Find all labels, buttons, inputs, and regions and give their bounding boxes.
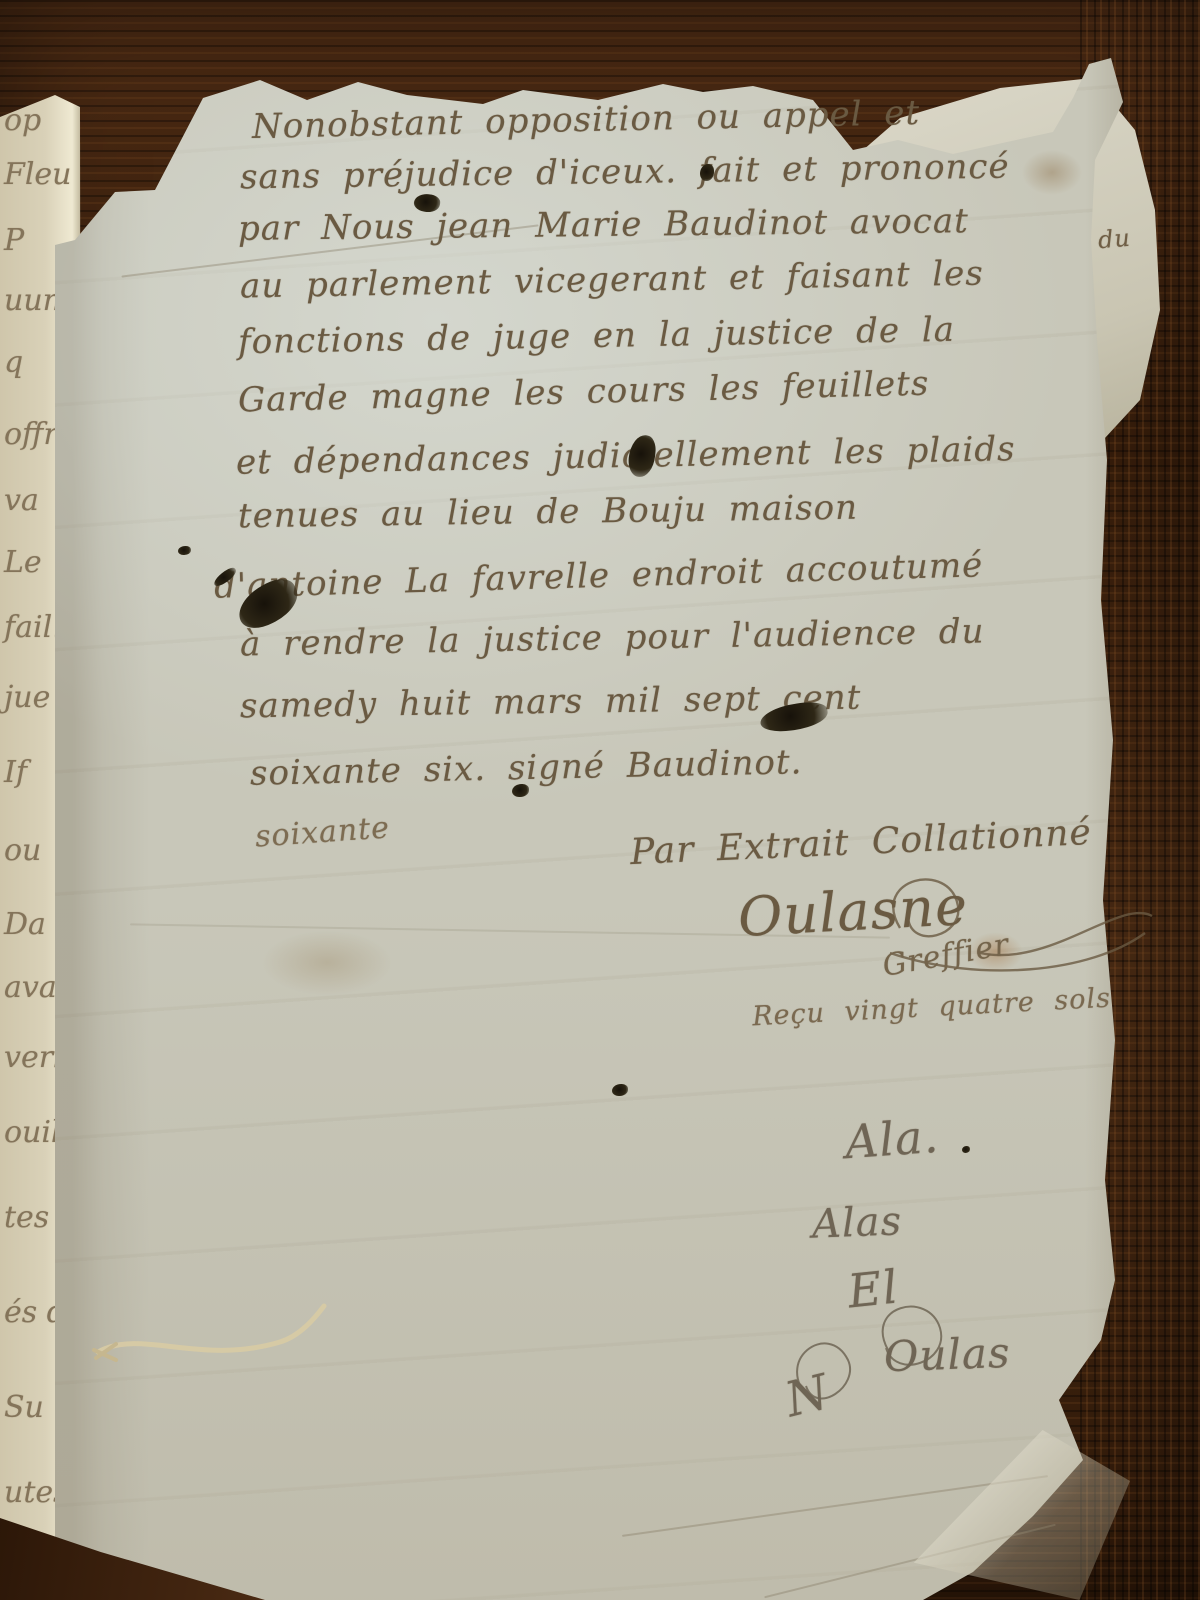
fragment-text: If <box>4 755 27 790</box>
fragment-text: fail. <box>4 610 62 645</box>
pen-trial-flourish <box>768 1290 1028 1430</box>
fragment-text: offr <box>4 417 58 452</box>
fragment-text: q <box>4 345 23 380</box>
fragment-text: P <box>4 223 24 258</box>
stain <box>1022 150 1082 195</box>
fragment-text: ou <box>4 833 41 868</box>
stain <box>262 930 392 995</box>
fragment-text: va <box>4 483 39 518</box>
manuscript-photo: du op Fleu P uum q offr va Le fail. jue … <box>0 0 1200 1600</box>
binding-thread <box>80 1300 340 1390</box>
fragment-text: Su <box>4 1390 44 1425</box>
body-line: par Nous jean Marie Baudinot avocat <box>238 201 969 249</box>
under-page-fragment: du <box>1097 224 1132 255</box>
pen-trial: Alas <box>811 1198 903 1247</box>
fragment-text: jue <box>4 680 50 715</box>
fragment-text: Da <box>4 907 46 942</box>
pen-trial: Ala. <box>843 1109 941 1169</box>
fragment-text: Le <box>4 545 42 580</box>
fragment-text: tes <box>4 1200 49 1235</box>
fragment-text: Fleu <box>4 157 72 192</box>
